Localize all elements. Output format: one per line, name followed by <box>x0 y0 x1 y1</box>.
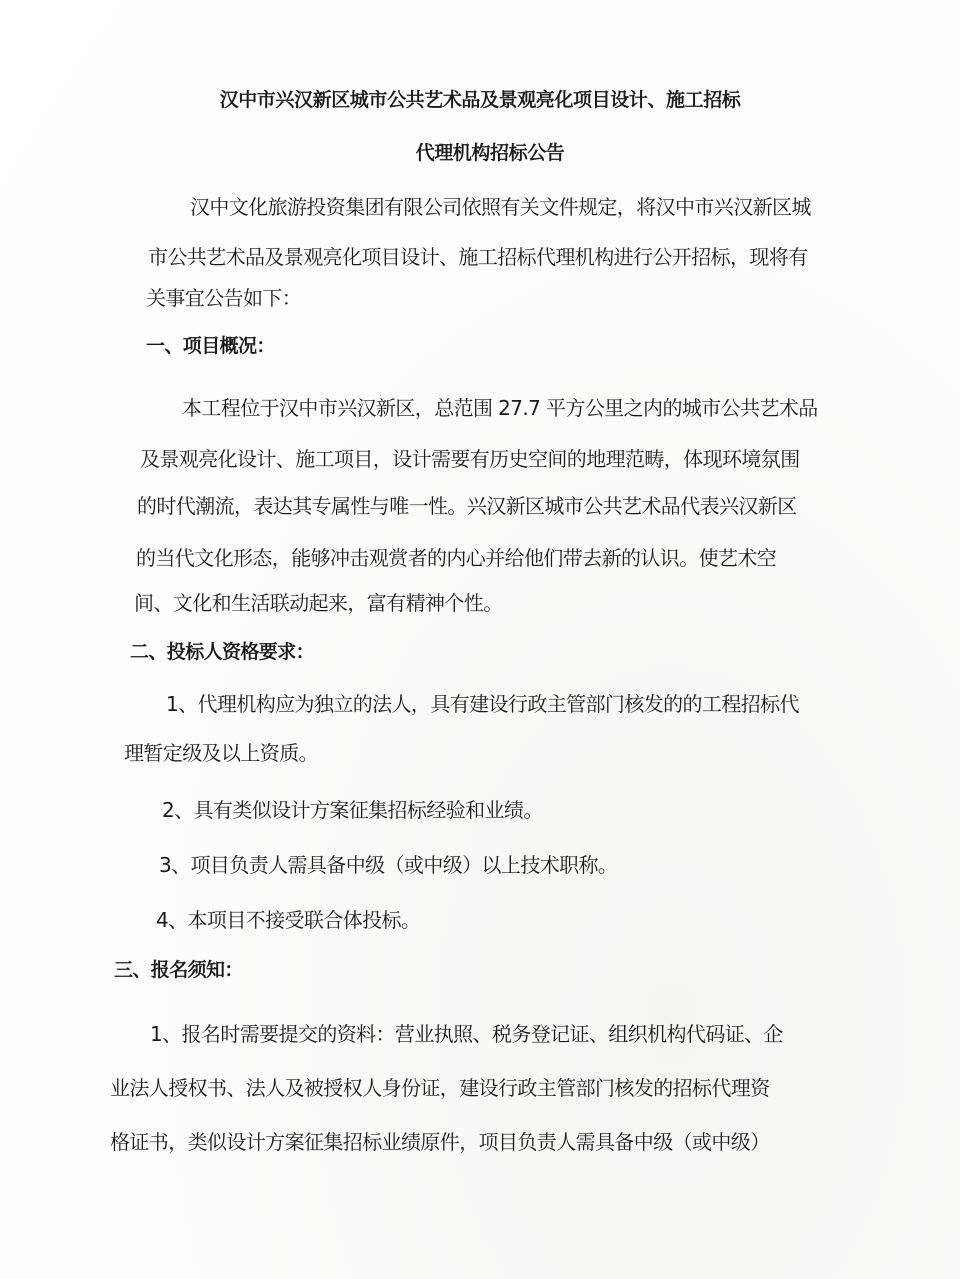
list-item: 3、项目负责人需具备中级（或中级）以上技术职称。 <box>159 853 617 877</box>
list-item: 1、报名时需要提交的资料：营业执照、税务登记证、组织机构代码证、企 <box>150 1022 783 1046</box>
intro-line: 关事宜公告如下： <box>146 286 301 310</box>
list-item-continuation: 理暂定级及以上资质。 <box>124 741 318 765</box>
intro-line: 市公共艺术品及景观亮化项目设计、施工招标代理机构进行公开招标，现将有 <box>148 245 808 269</box>
section-line: 间、文化和生活联动起来，富有精神个性。 <box>134 591 503 615</box>
intro-line: 汉中文化旅游投资集团有限公司依照有关文件规定，将汉中市兴汉新区城 <box>190 195 811 219</box>
list-item-continuation: 业法人授权书、法人及被授权人身份证，建设行政主管部门核发的招标代理资 <box>110 1076 770 1100</box>
list-item: 4、本项目不接受联合体投标。 <box>156 908 420 932</box>
section-line: 的时代潮流，表达其专属性与唯一性。兴汉新区城市公共艺术品代表兴汉新区 <box>137 494 797 518</box>
section-line: 的当代文化形态，能够冲击观赏者的内心并给他们带去新的认识。使艺术空 <box>136 546 776 570</box>
section-heading: 三、报名须知： <box>114 958 243 982</box>
section-heading: 二、投标人资格要求： <box>130 640 314 664</box>
list-item: 2、具有类似设计方案征集招标经验和业绩。 <box>162 798 543 822</box>
document-title-line2: 代理机构招标公告 <box>10 141 960 165</box>
section-line: 及景观亮化设计、施工项目，设计需要有历史空间的地理范畴，体现环境氛围 <box>140 447 800 471</box>
section-line: 本工程位于汉中市兴汉新区，总范围 27.7 平方公里之内的城市公共艺术品 <box>182 396 818 420</box>
list-item: 1、代理机构应为独立的法人，具有建设行政主管部门核发的的工程招标代 <box>166 692 799 716</box>
list-item-continuation: 格证书，类似设计方案征集招标业绩原件，项目负责人需具备中级（或中级） <box>110 1130 770 1154</box>
document-page: 汉中市兴汉新区城市公共艺术品及景观亮化项目设计、施工招标 代理机构招标公告 汉中… <box>0 0 960 1279</box>
section-heading: 一、项目概况： <box>146 334 275 358</box>
document-title-line1: 汉中市兴汉新区城市公共艺术品及景观亮化项目设计、施工招标 <box>0 88 960 112</box>
